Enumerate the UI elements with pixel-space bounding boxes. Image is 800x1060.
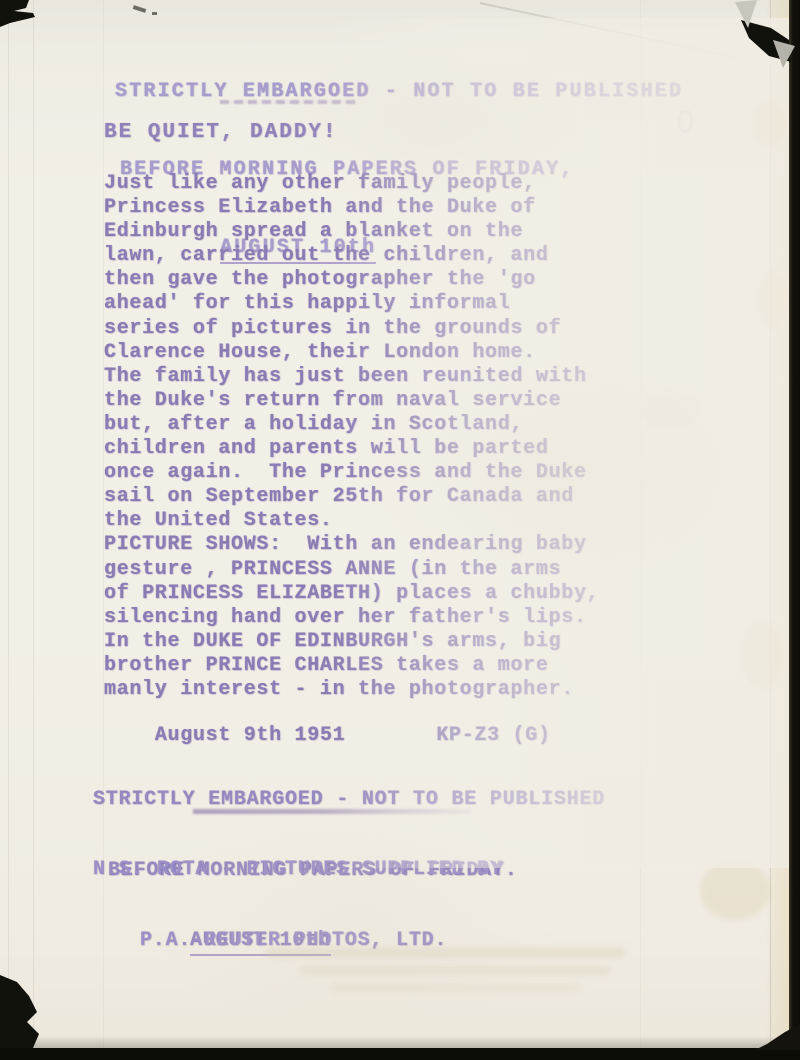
embargo-top-line1: STRICTLY EMBARGOED - NOT TO BE PUBLISHED <box>115 79 683 105</box>
typed-line-22: manly interest - in the photographer. <box>104 678 599 702</box>
paper-stain <box>640 390 700 430</box>
paper-stain <box>752 100 786 148</box>
backdrop-right-edge <box>789 0 800 1060</box>
paper-stain <box>758 270 788 330</box>
typed-line-11: but, after a holiday in Scotland, <box>104 413 599 437</box>
typed-line-2: Princess Elizabeth and the Duke of <box>104 196 599 220</box>
typed-line-4: lawn, carried out the children, and <box>104 244 599 268</box>
ink-offset-smudge <box>300 966 610 975</box>
ink-offset-smudge <box>330 984 580 992</box>
paper-crease <box>8 0 9 1048</box>
embargo-bottom-line1: STRICTLY EMBARGOED - NOT TO BE PUBLISHED <box>93 788 605 812</box>
stamp-smudge <box>220 100 357 104</box>
typed-line-14: sail on September 25th for Canada and <box>104 485 599 509</box>
paper-stain <box>742 620 784 690</box>
typed-line-20: In the DUKE OF EDINBURGH's arms, big <box>104 630 599 654</box>
backdrop-bottom-edge <box>0 1048 800 1060</box>
typed-line-10: the Duke's return from naval service <box>104 389 599 413</box>
typed-line-18: of PRINCESS ELIZABETH) places a chubby, <box>104 582 599 606</box>
typed-line-6: ahead' for this happily informal <box>104 292 599 316</box>
typed-line-3: Edinburgh spread a blanket on the <box>104 220 599 244</box>
caption-body: Just like any other family people,Prince… <box>104 172 599 702</box>
typed-line-17: gesture , PRINCESS ANNE (in the arms <box>104 558 599 582</box>
typed-line-9: The family has just been reunited with <box>104 365 599 389</box>
typed-line-15: the United States. <box>104 509 599 533</box>
caption-headline: BE QUIET, DADDY! <box>104 121 338 144</box>
typed-line-5: then gave the photographer the 'go <box>104 268 599 292</box>
typed-line-8: Clarence House, their London home. <box>104 341 599 365</box>
typed-line-7: series of pictures in the grounds of <box>104 317 599 341</box>
typed-line-16: PICTURE SHOWS: With an endearing baby <box>104 533 599 557</box>
ink-offset-smudge <box>265 948 625 957</box>
paper-crease <box>770 0 771 1048</box>
photo-backdrop: STRICTLY EMBARGOED - NOT TO BE PUBLISHED… <box>0 0 800 1060</box>
typed-line-21: brother PRINCE CHARLES takes a more <box>104 654 599 678</box>
paper-stain <box>700 860 770 920</box>
typed-line-19: silencing hand over her father's lips. <box>104 606 599 630</box>
paper-speck <box>152 12 157 15</box>
paper-crease <box>33 0 34 1048</box>
paper-edge-shadow <box>0 1036 789 1048</box>
typed-line-12: children and parents will be parted <box>104 437 599 461</box>
typed-line-13: once again. The Princess and the Duke <box>104 461 599 485</box>
credit-line1: N.S. ROTA - PICTURES SUPPLIED BY <box>93 858 503 882</box>
typed-line-1: Just like any other family people, <box>104 172 599 196</box>
